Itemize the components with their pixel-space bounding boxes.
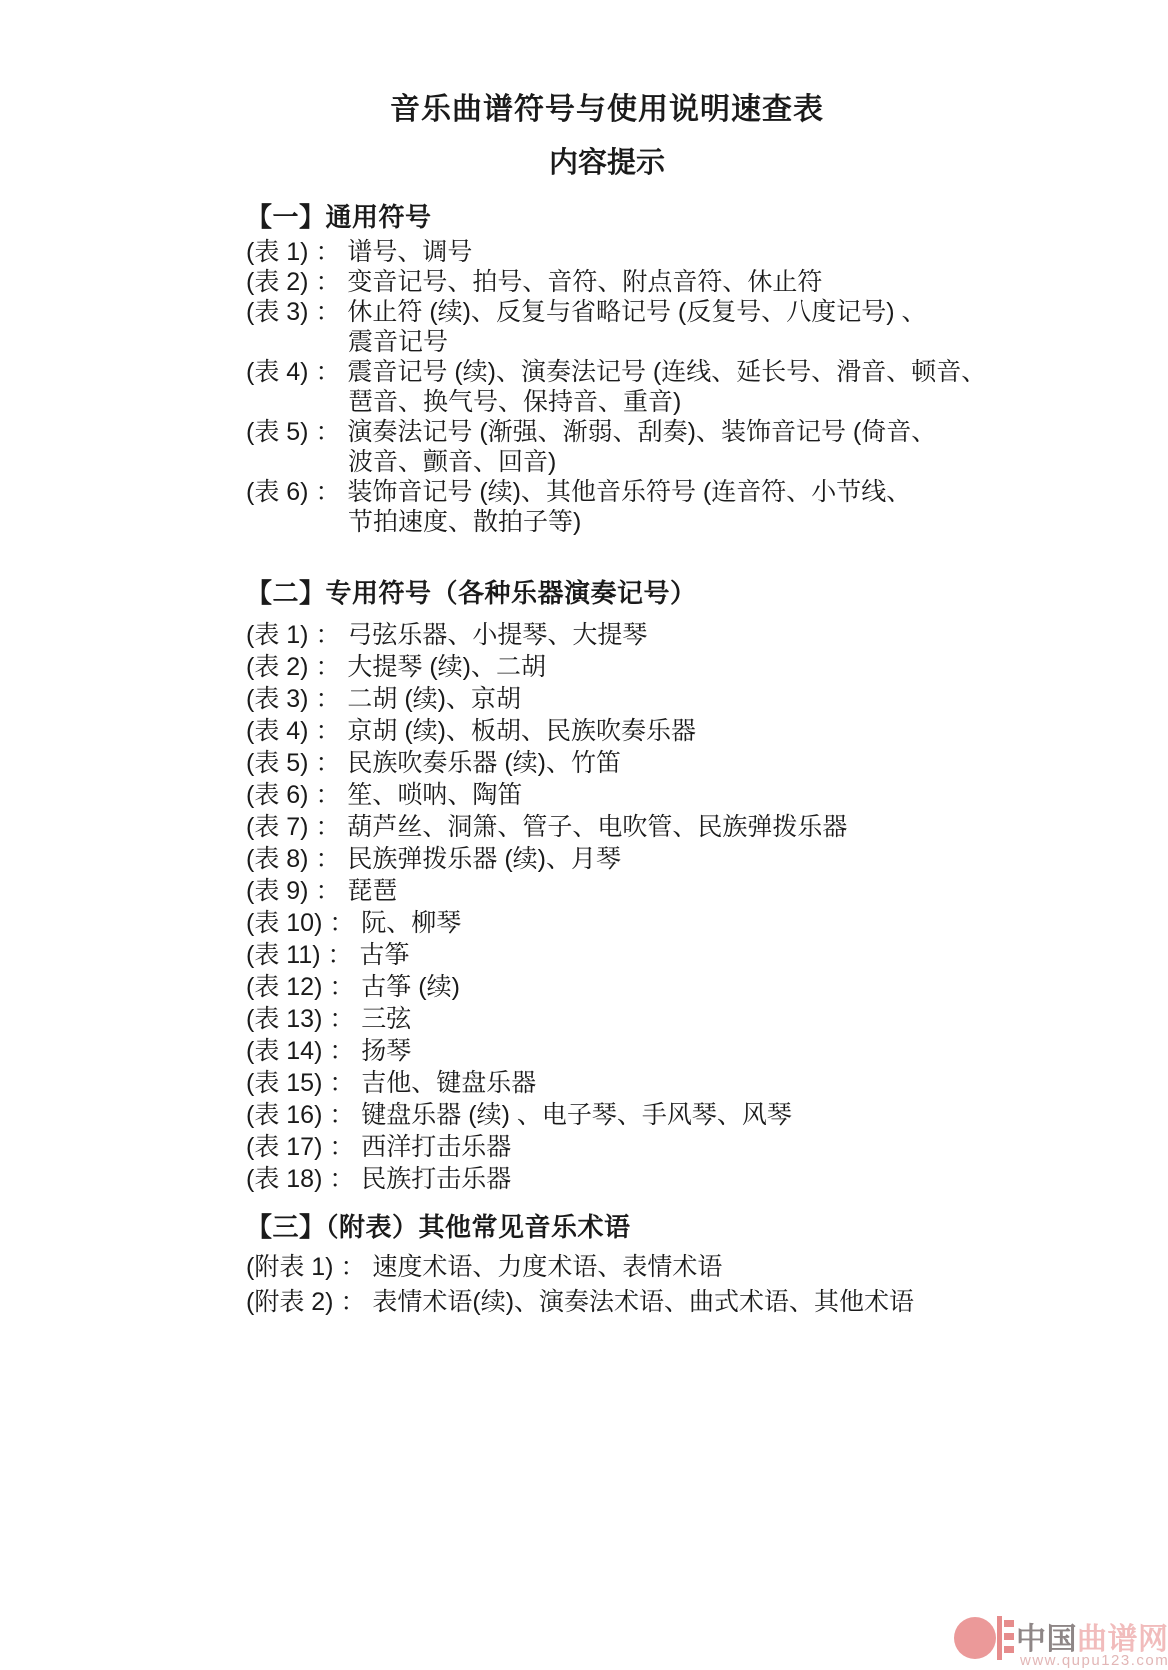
page-subtitle: 内容提示: [246, 146, 968, 180]
toc-item-line: (表 10) ： 阮、柳琴: [246, 907, 976, 939]
toc-section: 【二】专用符号（各种乐器演奏记号）(表 1) ： 弓弦乐器、小提琴、大提琴(表 …: [246, 579, 976, 1195]
toc-item-line: (表 1) ： 弓弦乐器、小提琴、大提琴: [246, 619, 976, 651]
toc-item-line: (表 1) ： 谱号、调号: [246, 237, 976, 267]
toc-item-line: (表 17) ： 西洋打击乐器: [246, 1131, 976, 1163]
toc-item-line: (表 7) ： 葫芦丝、洞箫、管子、电吹管、民族弹拨乐器: [246, 811, 976, 843]
page-title: 音乐曲谱符号与使用说明速查表: [246, 92, 968, 128]
document-page: 音乐曲谱符号与使用说明速查表 内容提示 【一】通用符号(表 1) ： 谱号、调号…: [0, 0, 1168, 1670]
toc-item-line: (表 16) ： 键盘乐器 (续) 、电子琴、手风琴、风琴: [246, 1099, 976, 1131]
toc-item-line: (表 6) ： 装饰音记号 (续)、其他音乐符号 (连音符、小节线、: [246, 477, 976, 507]
toc-item-line: (表 2) ： 变音记号、拍号、音符、附点音符、休止符: [246, 267, 976, 297]
toc-item-line: (表 2) ： 大提琴 (续)、二胡: [246, 651, 976, 683]
watermark: 中国曲谱网 www.qupu123.com: [950, 1608, 1168, 1670]
toc-item-line: (表 8) ： 民族弹拨乐器 (续)、月琴: [246, 843, 976, 875]
toc-item-continuation: 琶音、换气号、保持音、重音): [348, 387, 976, 417]
toc-item-line: (附表 1) ： 速度术语、力度术语、表情术语: [246, 1250, 976, 1285]
toc-item-line: (表 12) ： 古筝 (续): [246, 971, 976, 1003]
toc-item-line: (表 4) ： 京胡 (续)、板胡、民族吹奏乐器: [246, 715, 976, 747]
toc-item-continuation: 震音记号: [348, 327, 976, 357]
section-heading: 【二】专用符号（各种乐器演奏记号）: [246, 579, 976, 607]
toc-item-line: (表 4) ： 震音记号 (续)、演奏法记号 (连线、延长号、滑音、顿音、: [246, 357, 976, 387]
toc-item-continuation: 节拍速度、散拍子等): [348, 507, 976, 537]
toc-item-line: (表 9) ： 琵琶: [246, 875, 976, 907]
toc-item-line: (表 3) ： 休止符 (续)、反复与省略记号 (反复号、八度记号) 、: [246, 297, 976, 327]
toc-item-line: (表 18) ： 民族打击乐器: [246, 1163, 976, 1195]
toc-item-line: (表 11) ： 古筝: [246, 939, 976, 971]
toc-item-line: (表 13) ： 三弦: [246, 1003, 976, 1035]
toc-item-line: (表 14) ： 扬琴: [246, 1035, 976, 1067]
toc-item-line: (附表 2) ： 表情术语(续)、演奏法术语、曲式术语、其他术语: [246, 1285, 976, 1320]
toc-item-line: (表 6) ： 笙、唢呐、陶笛: [246, 779, 976, 811]
toc-item-line: (表 5) ： 民族吹奏乐器 (续)、竹笛: [246, 747, 976, 779]
qupu-logo-icon: [950, 1612, 1014, 1664]
section-heading: 【三】（附表）其他常见音乐术语: [246, 1213, 976, 1241]
section-heading: 【一】通用符号: [246, 203, 976, 231]
watermark-url: www.qupu123.com: [1020, 1652, 1168, 1669]
toc-item-line: (表 5) ： 演奏法记号 (渐强、渐弱、刮奏)、装饰音记号 (倚音、: [246, 417, 976, 447]
toc-section: 【三】（附表）其他常见音乐术语(附表 1) ： 速度术语、力度术语、表情术语(附…: [246, 1213, 976, 1320]
toc-section: 【一】通用符号(表 1) ： 谱号、调号(表 2) ： 变音记号、拍号、音符、附…: [246, 203, 976, 537]
toc-item-continuation: 波音、颤音、回音): [348, 447, 976, 477]
toc-item-line: (表 3) ： 二胡 (续)、京胡: [246, 683, 976, 715]
toc-item-line: (表 15) ： 吉他、键盘乐器: [246, 1067, 976, 1099]
